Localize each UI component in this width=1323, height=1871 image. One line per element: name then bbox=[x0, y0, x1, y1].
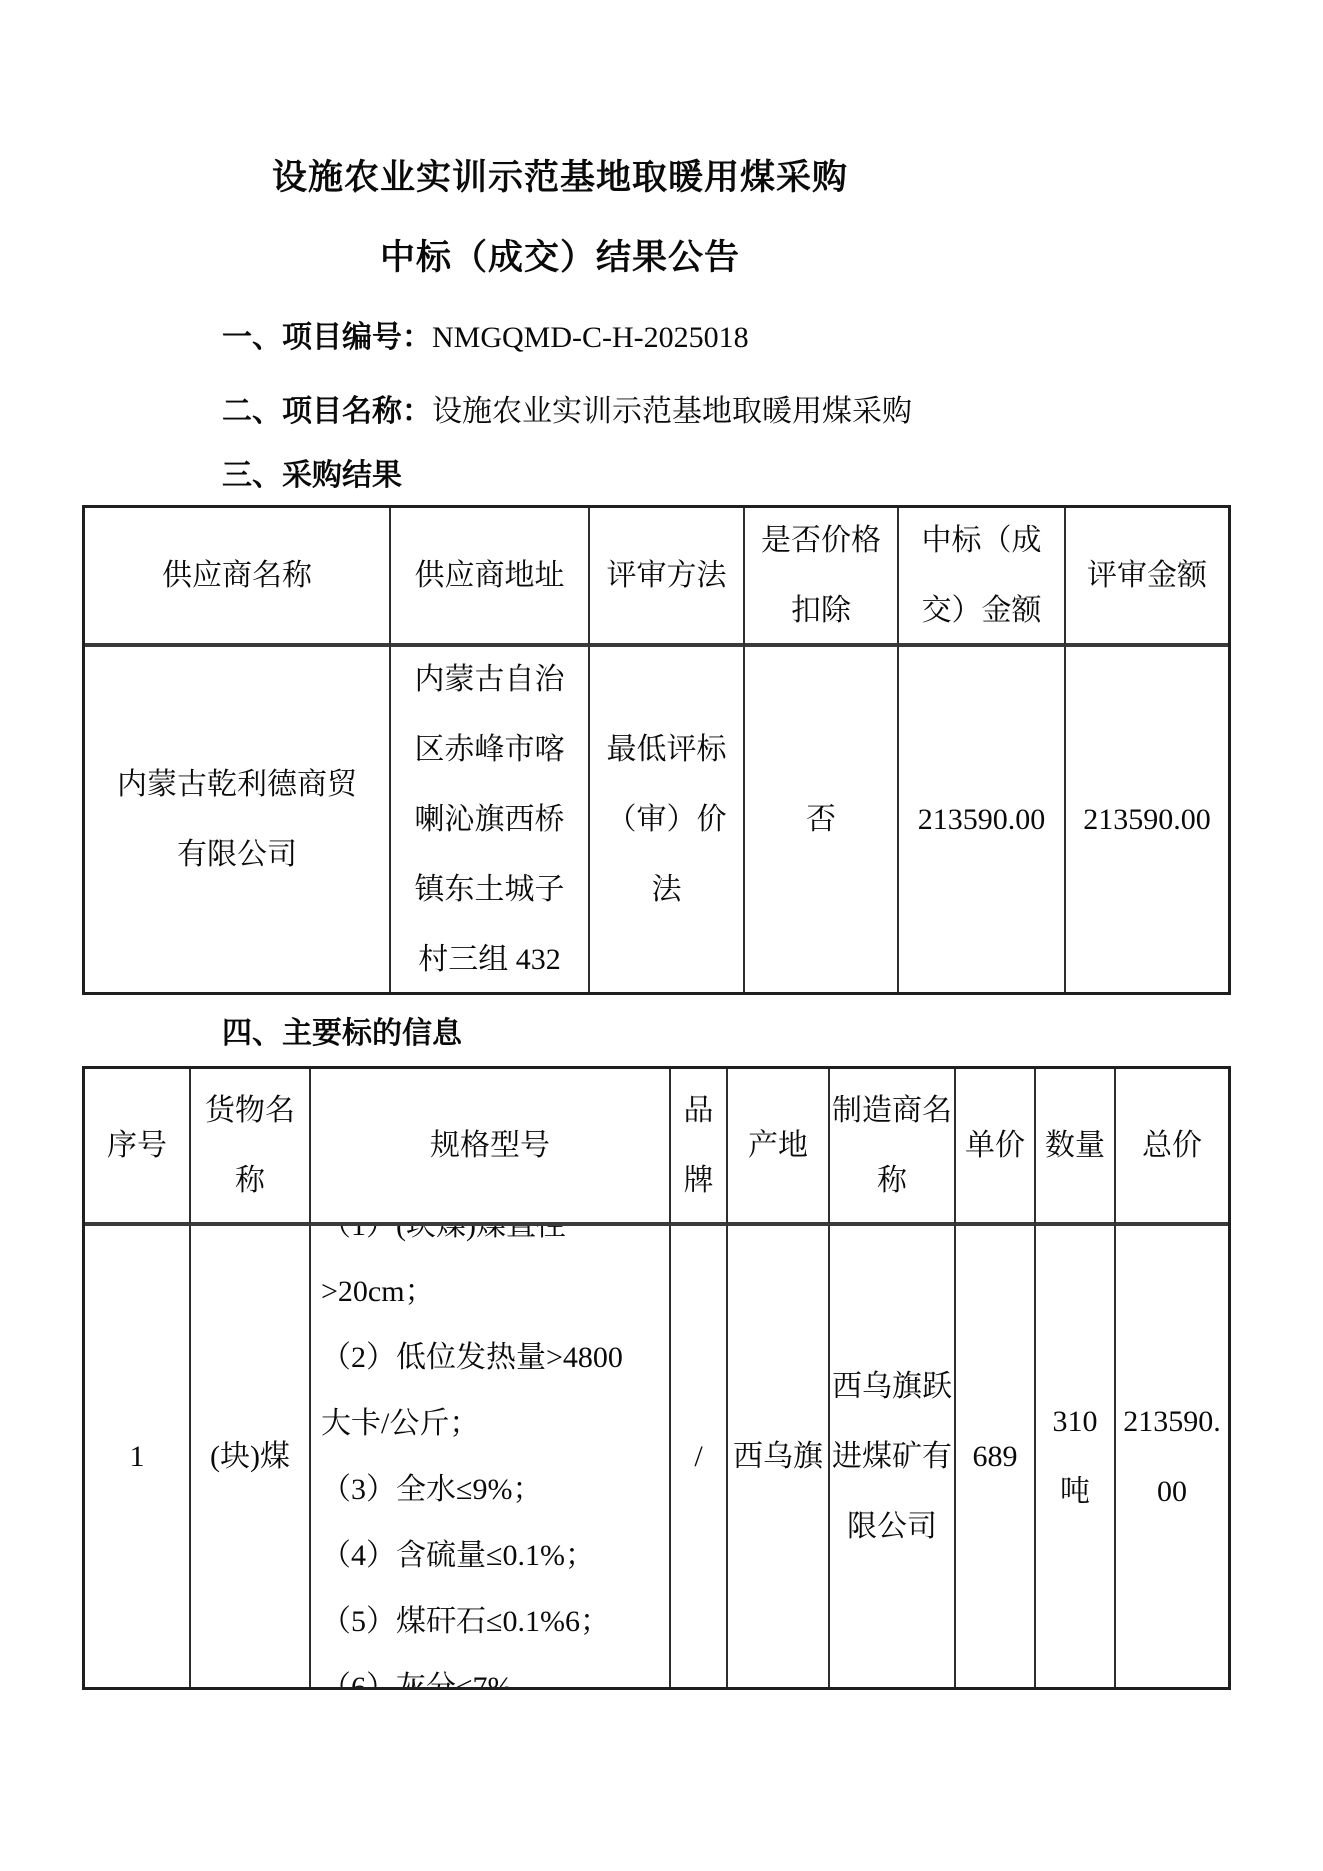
t1-cell-supplier-name: 内蒙古乾利德商贸有限公司 bbox=[85, 647, 391, 992]
section-procurement-result-heading: 三、采购结果 bbox=[222, 450, 402, 494]
t2-header-goods-name: 货物名称 bbox=[191, 1069, 311, 1226]
t1-cell-review-amount: 213590.00 bbox=[1066, 647, 1228, 992]
spec-line-5: （5）煤矸石≤0.1%6； bbox=[321, 1589, 610, 1655]
t2-cell-spec-model: （1）(块煤)煤直径>20cm； （2）低位发热量>4800 大卡/公斤； （3… bbox=[311, 1226, 671, 1687]
t2-cell-goods-name: (块)煤 bbox=[191, 1226, 311, 1687]
t2-header-quantity: 数量 bbox=[1036, 1069, 1116, 1226]
bid-info-table: 序号 货物名称 规格型号 品牌 产地 制造商名称 单价 数量 总价 1 (块)煤… bbox=[82, 1066, 1231, 1690]
t1-header-supplier-name: 供应商名称 bbox=[85, 508, 391, 647]
spec-line-4: （4）含硫量≤0.1%； bbox=[321, 1523, 595, 1589]
t1-header-review-method: 评审方法 bbox=[590, 508, 745, 647]
project-name-value: 设施农业实训示范基地取暖用煤采购 bbox=[432, 395, 912, 428]
t1-cell-price-deduction: 否 bbox=[745, 647, 899, 992]
t1-cell-award-amount: 213590.00 bbox=[899, 647, 1066, 992]
t2-header-origin: 产地 bbox=[728, 1069, 830, 1226]
project-name-label: 二、项目名称： bbox=[222, 395, 432, 428]
t2-header-manufacturer: 制造商名称 bbox=[830, 1069, 956, 1226]
procurement-result-table: 供应商名称 供应商地址 评审方法 是否价格扣除 中标（成交）金额 评审金额 内蒙… bbox=[82, 505, 1231, 995]
t2-header-spec-model: 规格型号 bbox=[311, 1069, 671, 1226]
spec-line-2: （2）低位发热量>4800 大卡/公斤； bbox=[321, 1325, 659, 1457]
document-page: 设施农业实训示范基地取暖用煤采购 中标（成交）结果公告 一、项目编号：NMGQM… bbox=[0, 0, 1323, 1871]
section-project-number: 一、项目编号：NMGQMD-C-H-2025018 bbox=[222, 312, 749, 356]
section-bid-info-heading: 四、主要标的信息 bbox=[222, 1008, 462, 1052]
document-title-line2: 中标（成交）结果公告 bbox=[82, 230, 1038, 280]
t2-cell-unit-price: 689 bbox=[956, 1226, 1036, 1687]
project-number-label: 一、项目编号： bbox=[222, 321, 432, 354]
document-title-line1: 设施农业实训示范基地取暖用煤采购 bbox=[82, 150, 1038, 200]
t1-header-review-amount: 评审金额 bbox=[1066, 508, 1228, 647]
t1-header-price-deduction: 是否价格扣除 bbox=[745, 508, 899, 647]
t1-header-supplier-address: 供应商地址 bbox=[391, 508, 590, 647]
section-project-name: 二、项目名称：设施农业实训示范基地取暖用煤采购 bbox=[222, 386, 912, 430]
t2-cell-brand: / bbox=[671, 1226, 728, 1687]
spec-line-6: （6）灰分≤7%。 bbox=[321, 1655, 542, 1688]
t2-cell-total-price: 213590.00 bbox=[1116, 1226, 1228, 1687]
t2-header-total-price: 总价 bbox=[1116, 1069, 1228, 1226]
t2-cell-serial-no: 1 bbox=[85, 1226, 191, 1687]
project-number-value: NMGQMD-C-H-2025018 bbox=[432, 321, 749, 354]
spec-line-3: （3）全水≤9%； bbox=[321, 1457, 542, 1523]
t2-cell-manufacturer: 西乌旗跃进煤矿有限公司 bbox=[830, 1226, 956, 1687]
t1-cell-supplier-address: 内蒙古自治区赤峰市喀喇沁旗西桥镇东土城子村三组 432 bbox=[391, 647, 590, 992]
t2-header-unit-price: 单价 bbox=[956, 1069, 1036, 1226]
t2-header-brand: 品牌 bbox=[671, 1069, 728, 1226]
t2-cell-quantity: 310 吨 bbox=[1036, 1226, 1116, 1687]
t2-header-serial-no: 序号 bbox=[85, 1069, 191, 1226]
t2-cell-origin: 西乌旗 bbox=[728, 1226, 830, 1687]
spec-line-1: （1）(块煤)煤直径>20cm； bbox=[321, 1226, 659, 1325]
t1-header-award-amount: 中标（成交）金额 bbox=[899, 508, 1066, 647]
t1-cell-review-method: 最低评标（审）价法 bbox=[590, 647, 745, 992]
